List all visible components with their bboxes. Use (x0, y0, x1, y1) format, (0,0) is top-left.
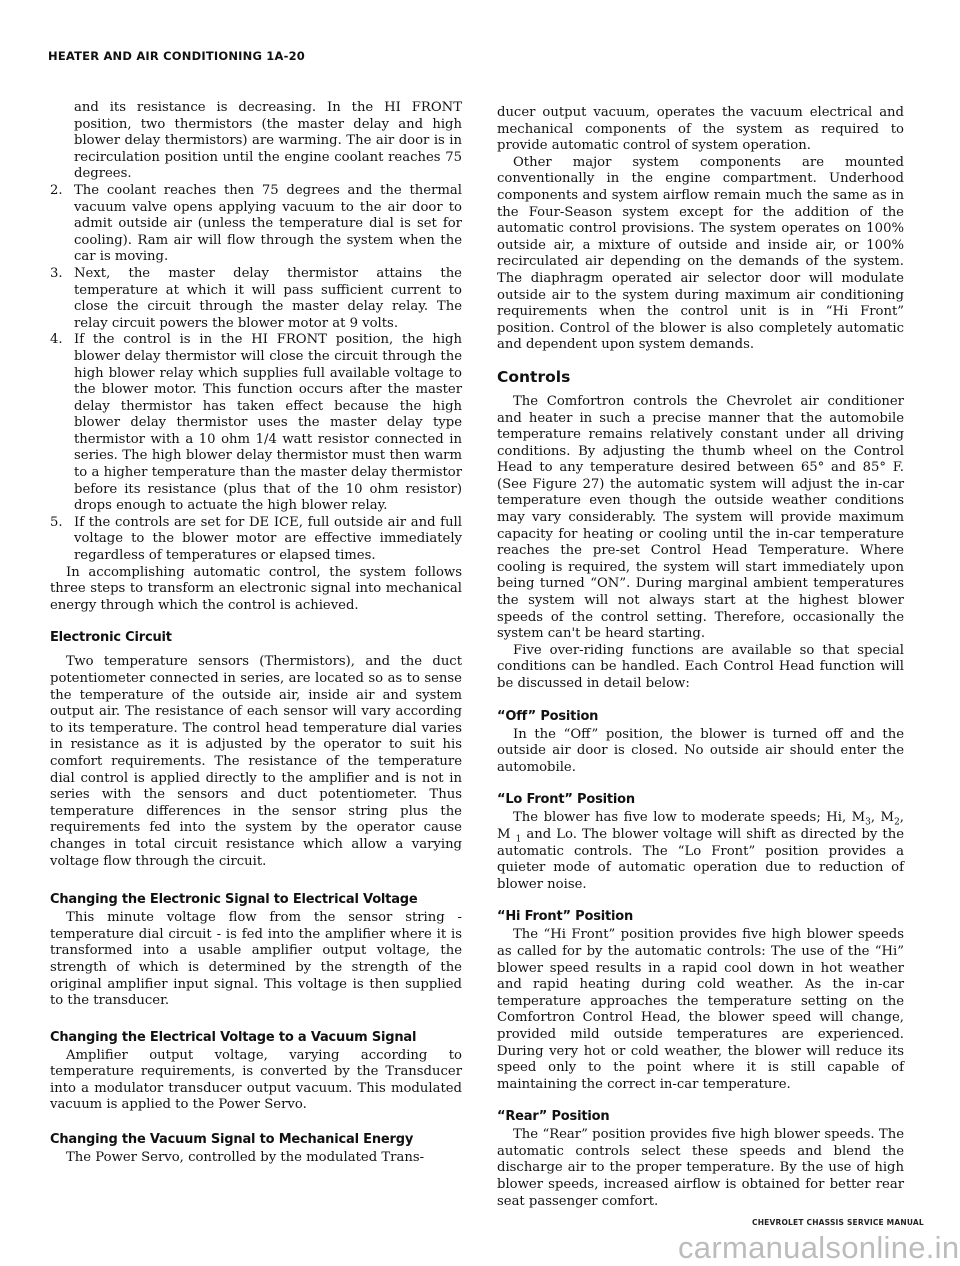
left-column: and its resistance is decreasing. In the… (50, 100, 462, 1167)
list-number: 3. (50, 266, 63, 283)
text-segment: The blower has five low to moderate spee… (513, 810, 865, 825)
watermark: carmanualsonline.info (678, 1230, 960, 1266)
list-number: 2. (50, 183, 63, 200)
manual-title-footer: CHEVROLET CHASSIS SERVICE MANUAL (752, 1218, 924, 1227)
summary-paragraph: In accomplishing automatic control, the … (50, 565, 462, 615)
text-segment: , M (871, 810, 894, 825)
list-item-1-continued: and its resistance is decreasing. In the… (50, 100, 462, 183)
list-item-5: 5. If the controls are set for DE ICE, f… (50, 515, 462, 565)
continued-paragraph: ducer output vacuum, operates the vacuum… (497, 105, 904, 155)
position-heading-off: “Off” Position (497, 709, 904, 725)
position-text-lo-front: The blower has five low to moderate spee… (497, 810, 904, 893)
controls-paragraph-2: Five over-riding functions are available… (497, 643, 904, 693)
controls-heading: Controls (497, 368, 904, 386)
list-item-4: 4. If the control is in the HI FRONT pos… (50, 332, 462, 515)
position-heading-hi-front: “Hi Front” Position (497, 909, 904, 925)
list-item-2: 2. The coolant reaches then 75 degrees a… (50, 183, 462, 266)
page-header: HEATER AND AIR CONDITIONING 1A-20 (48, 49, 305, 63)
position-text-rear: The “Rear” position provides five high b… (497, 1127, 904, 1210)
section-heading-vacuum-to-mechanical: Changing the Vacuum Signal to Mechanical… (50, 1132, 462, 1148)
section-heading-voltage-to-vacuum: Changing the Electrical Voltage to a Vac… (50, 1030, 462, 1046)
right-column: ducer output vacuum, operates the vacuum… (497, 105, 904, 1210)
list-item-3: 3. Next, the master delay thermistor att… (50, 266, 462, 332)
position-heading-lo-front: “Lo Front” Position (497, 792, 904, 808)
section-text-electronic-circuit: Two temperature sensors (Thermistors), a… (50, 654, 462, 870)
list-item-text: Next, the master delay thermistor attain… (74, 266, 462, 332)
section-heading-signal-to-voltage: Changing the Electronic Signal to Electr… (50, 892, 462, 908)
position-text-hi-front: The “Hi Front” position provides five hi… (497, 927, 904, 1093)
section-text-vacuum-to-mechanical: The Power Servo, controlled by the modul… (50, 1150, 462, 1167)
list-item-text: If the controls are set for DE ICE, full… (74, 515, 462, 565)
controls-paragraph-1: The Comfortron controls the Chevrolet ai… (497, 394, 904, 643)
list-item-text: The coolant reaches then 75 degrees and … (74, 183, 462, 266)
list-number: 4. (50, 332, 63, 349)
text-segment: and Lo. The blower voltage will shift as… (497, 827, 904, 892)
system-components-paragraph: Other major system components are mounte… (497, 155, 904, 354)
section-text-voltage-to-vacuum: Amplifier output voltage, varying accord… (50, 1048, 462, 1114)
section-text-signal-to-voltage: This minute voltage flow from the sensor… (50, 910, 462, 1010)
section-heading-electronic-circuit: Electronic Circuit (50, 630, 462, 646)
position-text-off: In the “Off” position, the blower is tur… (497, 727, 904, 777)
list-number: 5. (50, 515, 63, 532)
position-heading-rear: “Rear” Position (497, 1109, 904, 1125)
list-item-text: If the control is in the HI FRONT positi… (74, 332, 462, 515)
